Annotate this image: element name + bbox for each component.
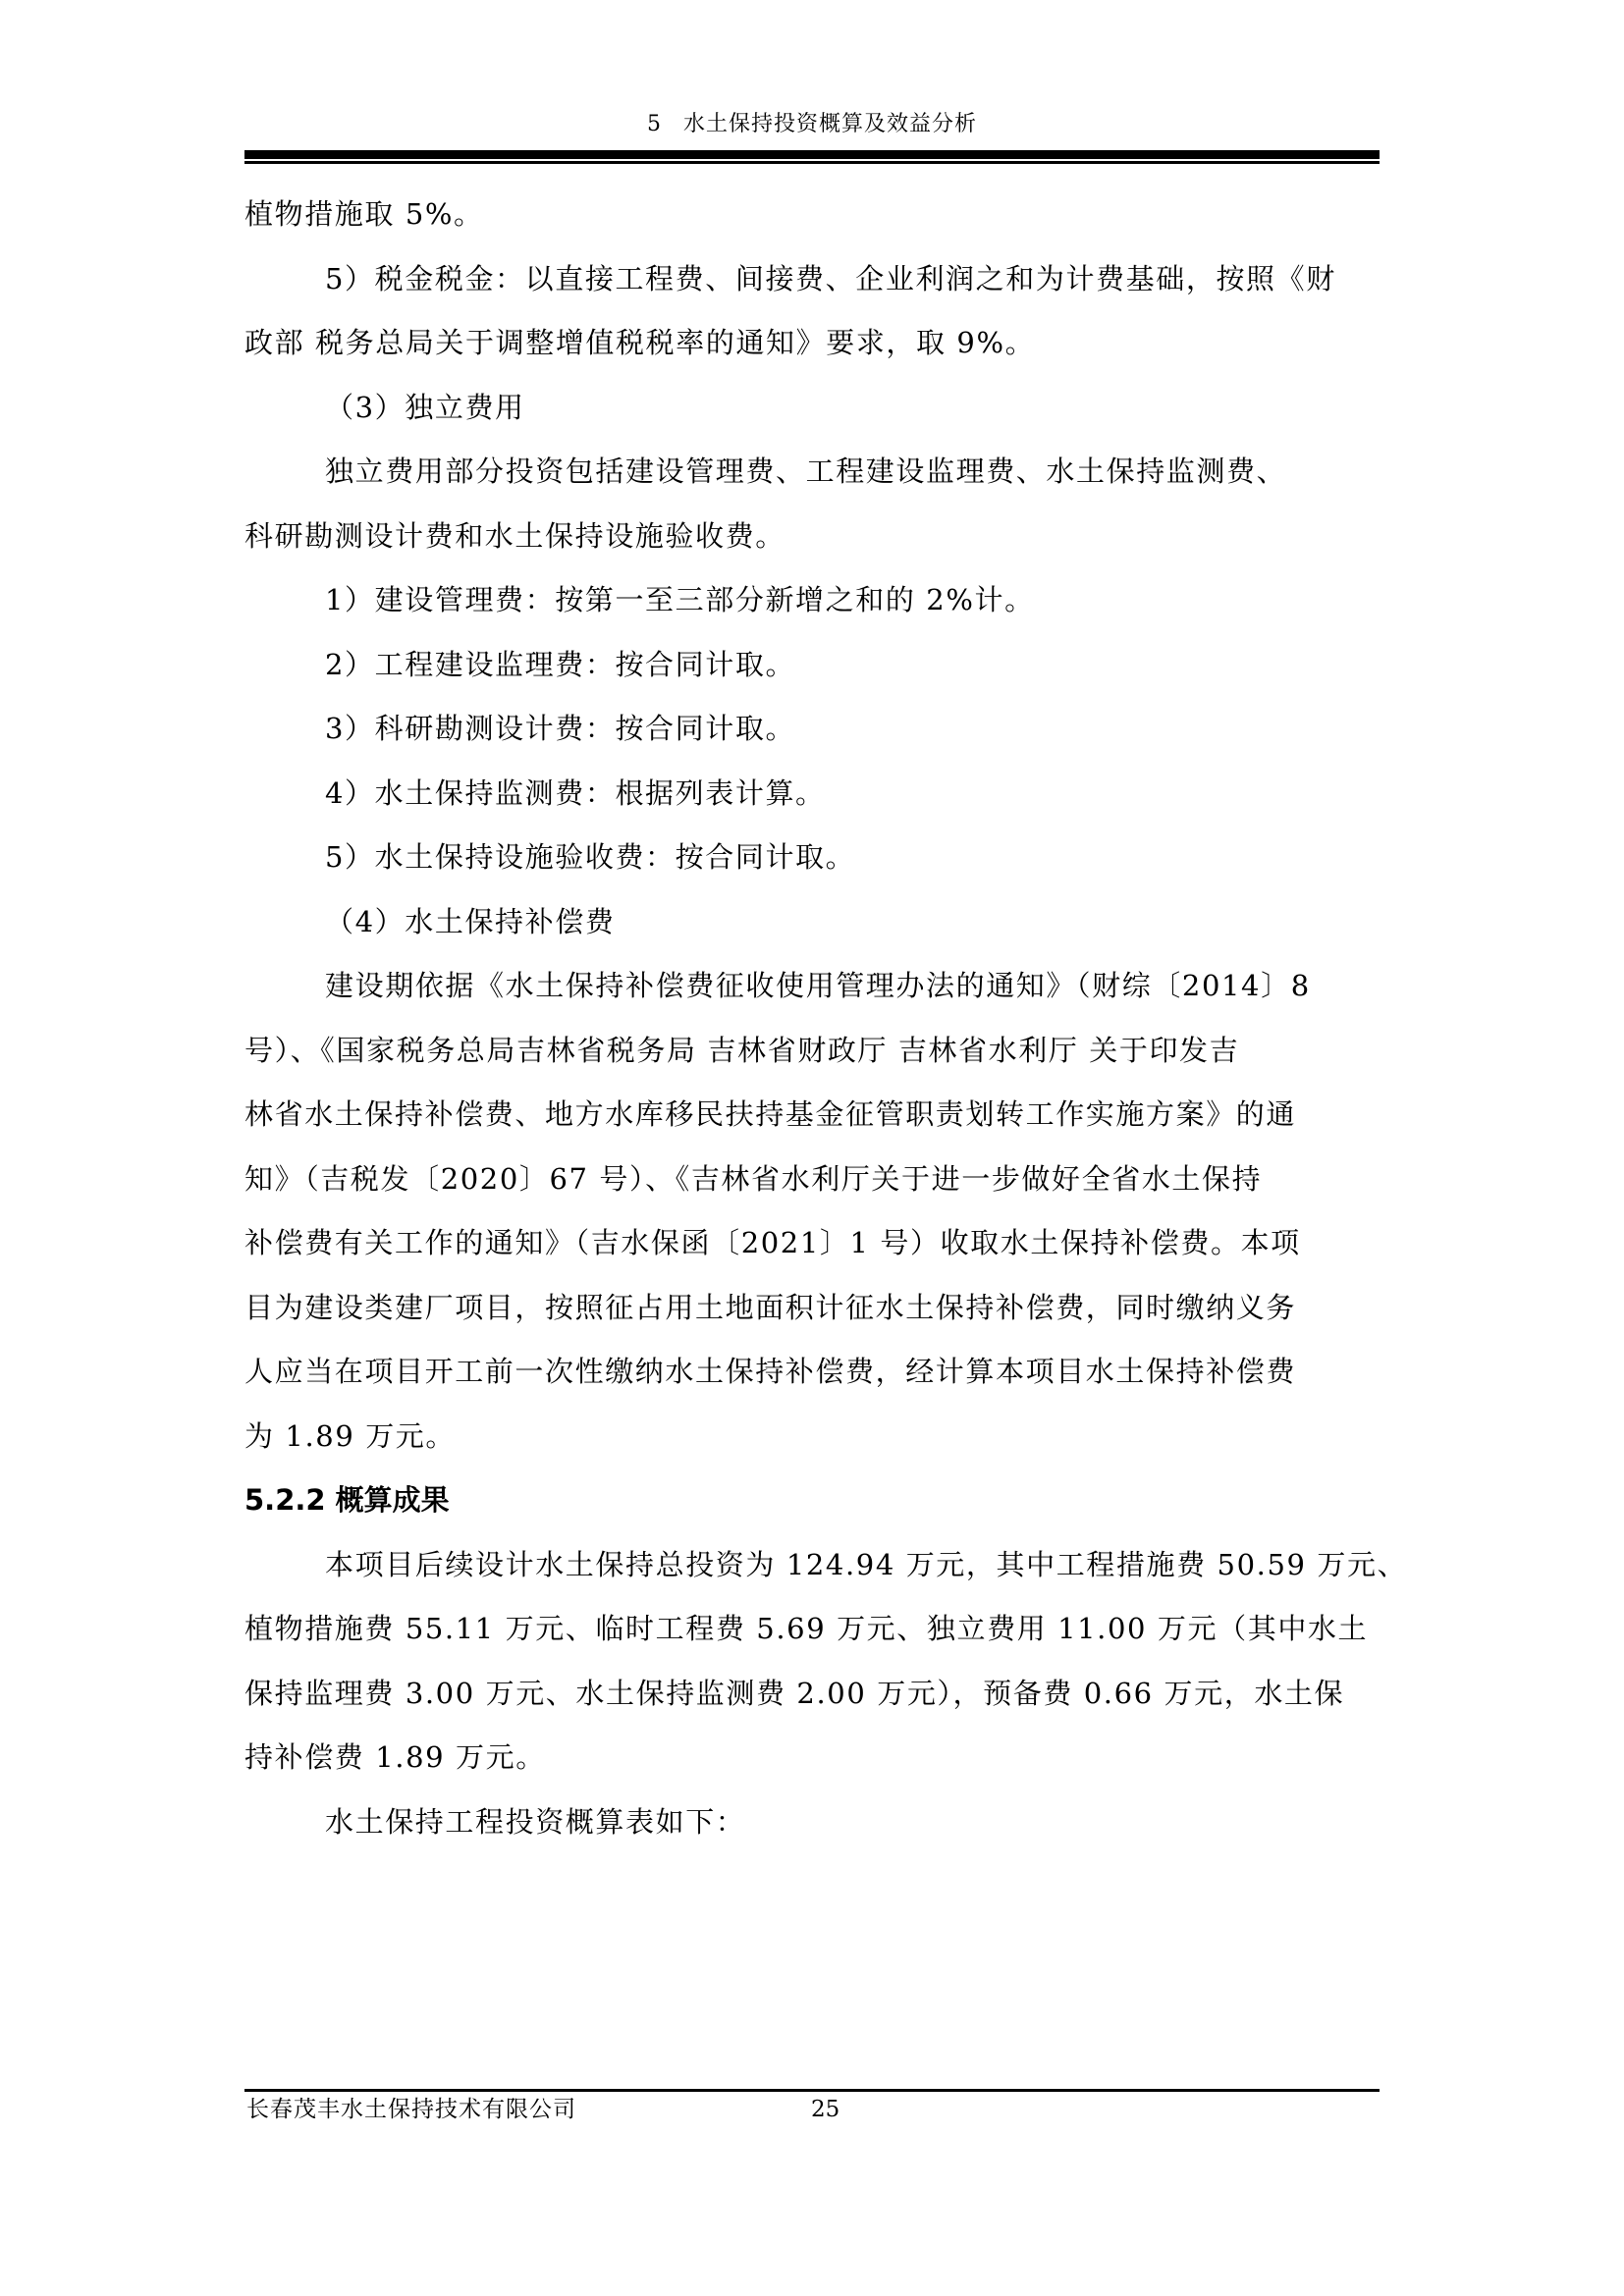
list-item: 2）工程建设监理费：按合同计取。 xyxy=(244,645,1383,710)
paragraph-line: 持补偿费 1.89 万元。 xyxy=(244,1737,1383,1802)
header-rule-thin xyxy=(244,161,1380,164)
paragraph-line: 人应当在项目开工前一次性缴纳水土保持补偿费，经计算本项目水土保持补偿费 xyxy=(244,1352,1383,1416)
list-item: 5）水土保持设施验收费：按合同计取。 xyxy=(244,837,1383,902)
paragraph-line: 政部 税务总局关于调整增值税税率的通知》要求，取 9%。 xyxy=(244,323,1383,388)
list-item: 1）建设管理费：按第一至三部分新增之和的 2%计。 xyxy=(244,580,1383,645)
paragraph-line: 本项目后续设计水土保持总投资为 124.94 万元，其中工程措施费 50.59 … xyxy=(244,1545,1383,1610)
paragraph-line: 知》（吉税发〔2020〕67 号）、《吉林省水利厅关于进一步做好全省水土保持 xyxy=(244,1159,1383,1224)
page-header: 5水土保持投资概算及效益分析 xyxy=(244,110,1380,139)
chapter-title: 水土保持投资概算及效益分析 xyxy=(683,112,977,136)
header-rule-thick xyxy=(244,150,1380,159)
page-number: 25 xyxy=(811,2094,839,2125)
paragraph-line: 科研勘测设计费和水土保持设施验收费。 xyxy=(244,516,1383,581)
paragraph-line: 保持监理费 3.00 万元、水土保持监测费 2.00 万元），预备费 0.66 … xyxy=(244,1674,1383,1738)
paragraph-line: 植物措施取 5%。 xyxy=(244,194,1383,259)
paragraph-line: 5）税金税金：以直接工程费、间接费、企业利润之和为计费基础，按照《财 xyxy=(244,259,1383,324)
list-item: 4）水土保持监测费：根据列表计算。 xyxy=(244,774,1383,838)
chapter-number: 5 xyxy=(647,112,662,136)
section-heading: 5.2.2 概算成果 xyxy=(244,1480,1383,1545)
document-body: 植物措施取 5%。 5）税金税金：以直接工程费、间接费、企业利润之和为计费基础，… xyxy=(244,194,1383,1866)
footer-company: 长春茂丰水土保持技术有限公司 xyxy=(246,2094,576,2125)
list-item: 3）科研勘测设计费：按合同计取。 xyxy=(244,709,1383,774)
paragraph-line: 建设期依据《水土保持补偿费征收使用管理办法的通知》（财综〔2014〕8 xyxy=(244,966,1383,1031)
page-footer: 长春茂丰水土保持技术有限公司 25 xyxy=(244,2094,1380,2127)
paragraph-line: 为 1.89 万元。 xyxy=(244,1416,1383,1481)
paragraph-line: 号）、《国家税务总局吉林省税务局 吉林省财政厅 吉林省水利厅 关于印发吉 xyxy=(244,1031,1383,1095)
paragraph-line: 补偿费有关工作的通知》（吉水保函〔2021〕1 号）收取水土保持补偿费。本项 xyxy=(244,1223,1383,1288)
paragraph-line: 林省水土保持补偿费、地方水库移民扶持基金征管职责划转工作实施方案》的通 xyxy=(244,1095,1383,1159)
subsection-heading: （4）水土保持补偿费 xyxy=(244,902,1383,967)
paragraph-line: 植物措施费 55.11 万元、临时工程费 5.69 万元、独立费用 11.00 … xyxy=(244,1609,1383,1674)
paragraph-line: 独立费用部分投资包括建设管理费、工程建设监理费、水土保持监测费、 xyxy=(244,452,1383,516)
subsection-heading: （3）独立费用 xyxy=(244,388,1383,453)
footer-rule xyxy=(244,2089,1380,2092)
paragraph-line: 目为建设类建厂项目，按照征占用土地面积计征水土保持补偿费，同时缴纳义务 xyxy=(244,1288,1383,1353)
table-intro-line: 水土保持工程投资概算表如下： xyxy=(244,1802,1383,1867)
